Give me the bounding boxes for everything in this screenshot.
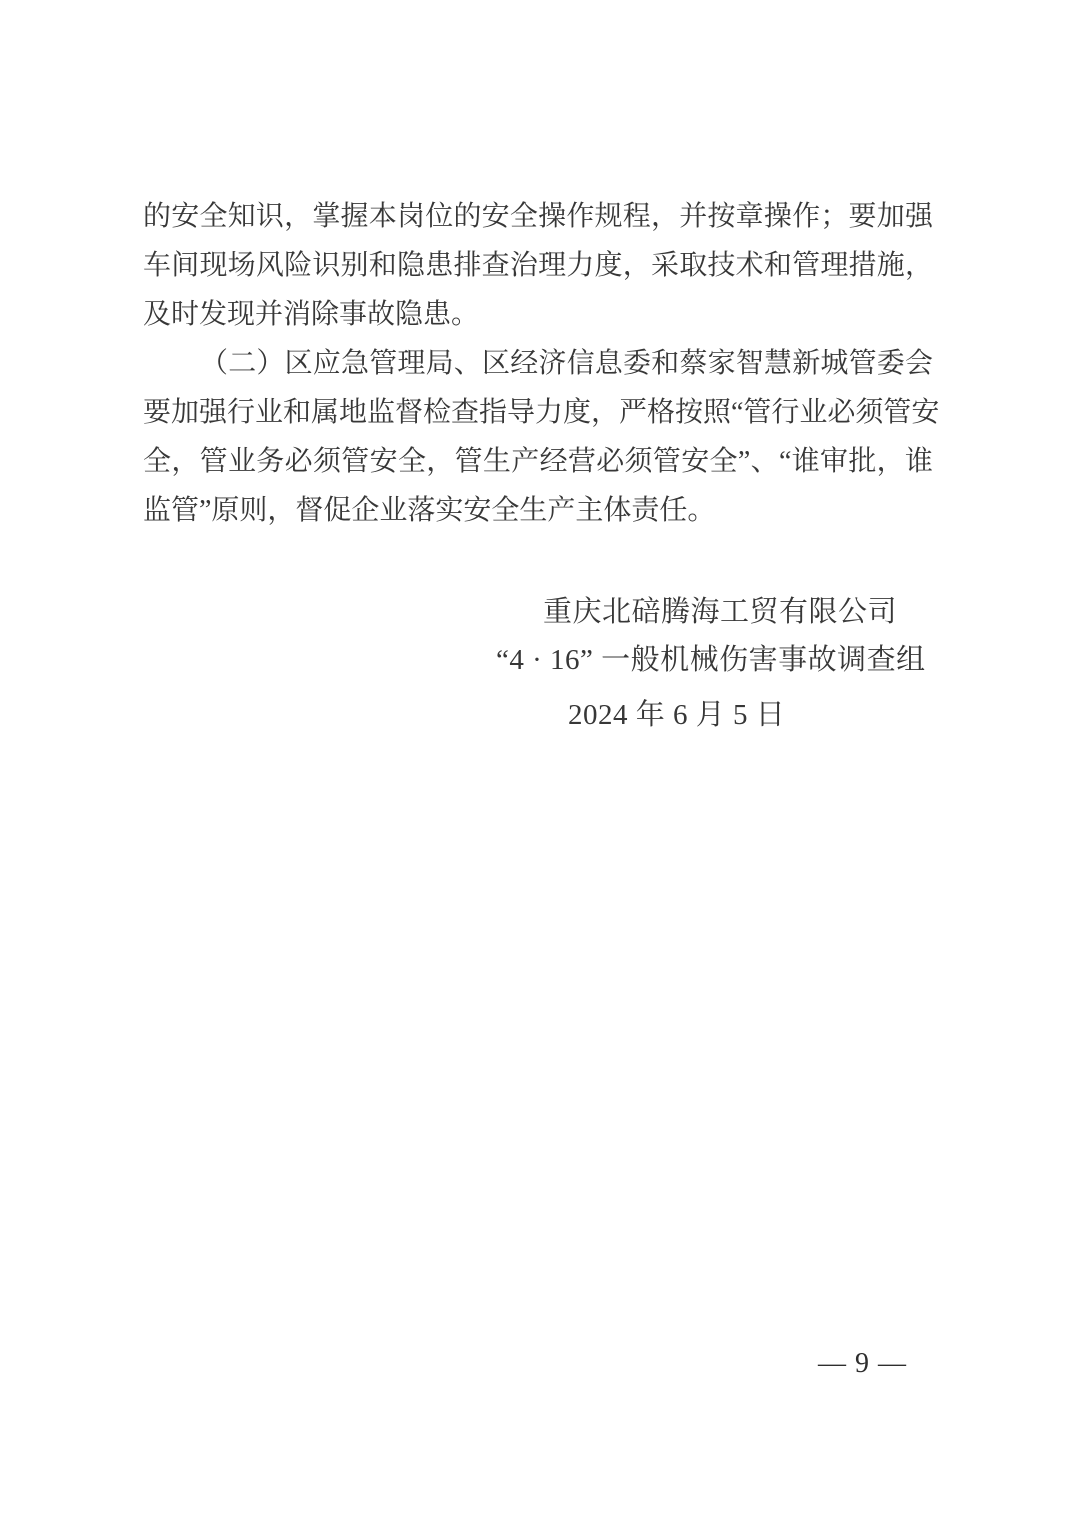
- body-text-block: 的安全知识，掌握本岗位的安全操作规程，并按章操作；要加强 车间现场风险识别和隐患…: [143, 192, 933, 535]
- signature-date: 2024 年 6 月 5 日: [568, 697, 785, 733]
- body-line: 车间现场风险识别和隐患排查治理力度，采取技术和管理措施，: [143, 241, 933, 290]
- body-line: 全，管业务必须管安全，管生产经营必须管安全”、“谁审批，谁: [143, 437, 933, 486]
- body-line: 监管”原则，督促企业落实安全生产主体责任。: [143, 486, 933, 535]
- body-line: （二）区应急管理局、区经济信息委和蔡家智慧新城管委会: [143, 339, 933, 388]
- document-page: 的安全知识，掌握本岗位的安全操作规程，并按章操作；要加强 车间现场风险识别和隐患…: [0, 0, 1074, 1520]
- body-line: 及时发现并消除事故隐患。: [143, 290, 933, 339]
- page-number: — 9 —: [818, 1348, 907, 1380]
- body-line: 的安全知识，掌握本岗位的安全操作规程，并按章操作；要加强: [143, 192, 933, 241]
- body-line: 要加强行业和属地监督检查指导力度，严格按照“管行业必须管安: [143, 388, 933, 437]
- signature-investigation-group: “4 · 16” 一般机械伤害事故调查组: [496, 642, 926, 678]
- signature-company: 重庆北碚腾海工贸有限公司: [543, 594, 897, 630]
